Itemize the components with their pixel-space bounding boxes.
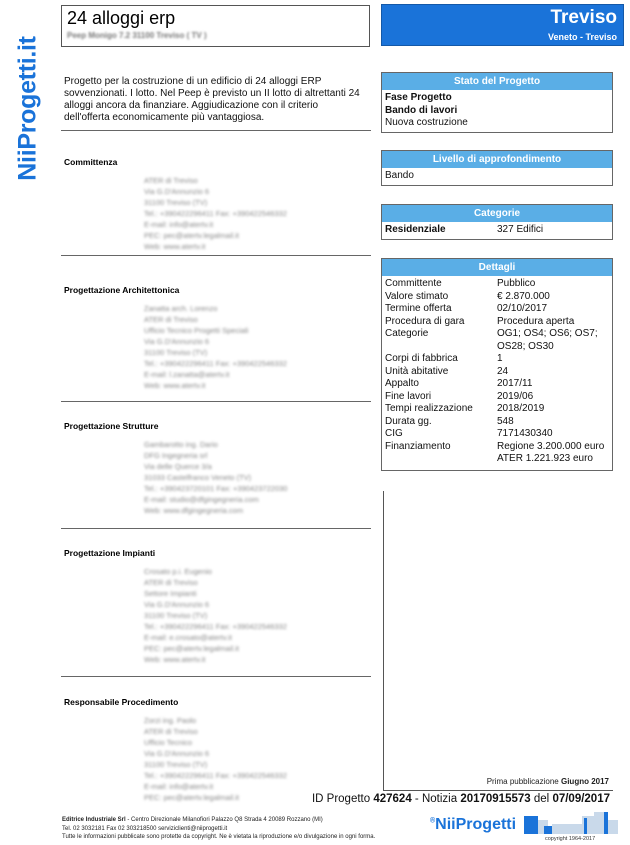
detail-row: CommittentePubblico xyxy=(385,278,609,291)
detail-label: Durata gg. xyxy=(385,416,497,429)
detail-label: Appalto xyxy=(385,378,497,391)
divider xyxy=(61,401,371,402)
copyright: copyright 1964-2017 xyxy=(545,836,595,842)
detail-value: 02/10/2017 xyxy=(497,303,609,316)
contact-role: Progettazione Strutture xyxy=(64,421,364,431)
detail-label: Termine offerta xyxy=(385,303,497,316)
contact-details: Crosato p.i. EugenioATER di TrevisoSetto… xyxy=(144,566,364,665)
detail-label: Procedura di gara xyxy=(385,316,497,329)
contact-progettazione-strutture: Progettazione Strutture Gambarotto ing. … xyxy=(64,421,364,516)
project-address: Peep Monigo 7.2 31100 Treviso ( TV ) xyxy=(67,31,364,40)
panel-stato-progetto: Stato del Progetto Fase Progetto Bando d… xyxy=(381,72,613,133)
footer-info: Editrice Industriale Srl - Centro Direzi… xyxy=(62,816,375,842)
project-id-line: ID Progetto 427624 - Notizia 20170915573… xyxy=(312,793,610,805)
notizia-id: 20170915573 xyxy=(460,793,530,805)
divider xyxy=(61,130,371,131)
detail-value: Regione 3.200.000 euro ATER 1.221.923 eu… xyxy=(497,441,609,466)
detail-value: 24 xyxy=(497,366,609,379)
detail-row: Durata gg.548 xyxy=(385,416,609,429)
panel-heading: Dettagli xyxy=(382,259,612,276)
contact-details: ATER di TrevisoVia G.D'Annunzio 631100 T… xyxy=(144,175,364,252)
publication-box: Prima pubblicazione Giugno 2017 xyxy=(383,491,613,791)
detail-row: Fine lavori2019/06 xyxy=(385,391,609,404)
page-title: 24 alloggi erp xyxy=(67,8,364,28)
detail-row: Corpi di fabbrica1 xyxy=(385,353,609,366)
detail-row: CIG7171430340 xyxy=(385,428,609,441)
contact-committenza: Committenza ATER di TrevisoVia G.D'Annun… xyxy=(64,157,364,252)
detail-value: 7171430340 xyxy=(497,428,609,441)
panel-heading: Stato del Progetto xyxy=(382,73,612,90)
category-value: 327 Edifici xyxy=(497,224,609,237)
detail-row: Termine offerta02/10/2017 xyxy=(385,303,609,316)
contact-responsabile-procedimento: Responsabile Procedimento Zorzi ing. Pao… xyxy=(64,697,364,803)
detail-value: 548 xyxy=(497,416,609,429)
panel-heading: Categorie xyxy=(382,205,612,222)
contact-role: Progettazione Impianti xyxy=(64,548,364,558)
fase-label: Fase Progetto xyxy=(385,92,609,105)
detail-value: Pubblico xyxy=(497,278,609,291)
divider xyxy=(61,528,371,529)
notizia-date: 07/09/2017 xyxy=(552,793,610,805)
contact-role: Committenza xyxy=(64,157,364,167)
detail-value: € 2.870.000 xyxy=(497,291,609,304)
contact-role: Responsabile Procedimento xyxy=(64,697,364,707)
detail-value: OG1; OS4; OS6; OS7; OS28; OS30 xyxy=(497,328,609,353)
detail-value: 1 xyxy=(497,353,609,366)
footer-brand: ®NiiProgetti xyxy=(430,816,516,834)
brand-logo-vertical: NiiProgetti.it xyxy=(8,8,48,208)
divider xyxy=(61,255,371,256)
contact-progettazione-impianti: Progettazione Impianti Crosato p.i. Euge… xyxy=(64,548,364,665)
panel-categorie: Categorie Residenziale 327 Edifici xyxy=(381,204,613,240)
footer-logo: ®NiiProgetti xyxy=(430,810,619,834)
contact-details: Zanatta arch. LorenzoATER di TrevisoUffi… xyxy=(144,303,364,391)
first-publication: Prima pubblicazione Giugno 2017 xyxy=(487,777,609,786)
contact-details: Zorzi ing. PaoloATER di TrevisoUfficio T… xyxy=(144,715,364,803)
detail-row: FinanziamentoRegione 3.200.000 euro ATER… xyxy=(385,441,609,466)
detail-value: 2019/06 xyxy=(497,391,609,404)
detail-label: Fine lavori xyxy=(385,391,497,404)
contact-role: Progettazione Architettonica xyxy=(64,285,364,295)
detail-label: Corpi di fabbrica xyxy=(385,353,497,366)
project-id: 427624 xyxy=(373,793,411,805)
livello-value: Bando xyxy=(385,170,609,183)
project-description: Progetto per la costruzione di un edific… xyxy=(64,76,364,124)
project-title-box: 24 alloggi erp Peep Monigo 7.2 31100 Tre… xyxy=(61,5,370,47)
contact-details: Gambarotto ing. DarioDFG Ingegneria srlV… xyxy=(144,439,364,516)
detail-label: Valore stimato xyxy=(385,291,497,304)
location-box: Treviso Veneto - Treviso xyxy=(381,4,624,46)
detail-label: CIG xyxy=(385,428,497,441)
panel-livello-approfondimento: Livello di approfondimento Bando xyxy=(381,150,613,186)
panel-heading: Livello di approfondimento xyxy=(382,151,612,168)
detail-label: Finanziamento xyxy=(385,441,497,466)
detail-value: 2017/11 xyxy=(497,378,609,391)
detail-value: Procedura aperta xyxy=(497,316,609,329)
fase-value: Bando di lavori xyxy=(385,105,609,118)
region: Veneto - Treviso xyxy=(388,32,617,42)
brand-name: NiiProgetti.it xyxy=(14,36,43,180)
divider xyxy=(61,676,371,677)
detail-label: Categorie xyxy=(385,328,497,353)
skyline-icon xyxy=(524,810,619,834)
category-row: Residenziale 327 Edifici xyxy=(385,224,609,237)
detail-row: CategorieOG1; OS4; OS6; OS7; OS28; OS30 xyxy=(385,328,609,353)
detail-label: Committente xyxy=(385,278,497,291)
detail-label: Tempi realizzazione xyxy=(385,403,497,416)
category-label: Residenziale xyxy=(385,224,497,237)
detail-value: 2018/2019 xyxy=(497,403,609,416)
detail-row: Valore stimato€ 2.870.000 xyxy=(385,291,609,304)
city: Treviso xyxy=(388,7,617,29)
detail-row: Unità abitative24 xyxy=(385,366,609,379)
detail-row: Procedura di garaProcedura aperta xyxy=(385,316,609,329)
detail-label: Unità abitative xyxy=(385,366,497,379)
detail-row: Appalto2017/11 xyxy=(385,378,609,391)
detail-row: Tempi realizzazione2018/2019 xyxy=(385,403,609,416)
panel-dettagli: Dettagli CommittentePubblicoValore stima… xyxy=(381,258,613,471)
contact-progettazione-architettonica: Progettazione Architettonica Zanatta arc… xyxy=(64,285,364,391)
intervention-type: Nuova costruzione xyxy=(385,117,609,130)
